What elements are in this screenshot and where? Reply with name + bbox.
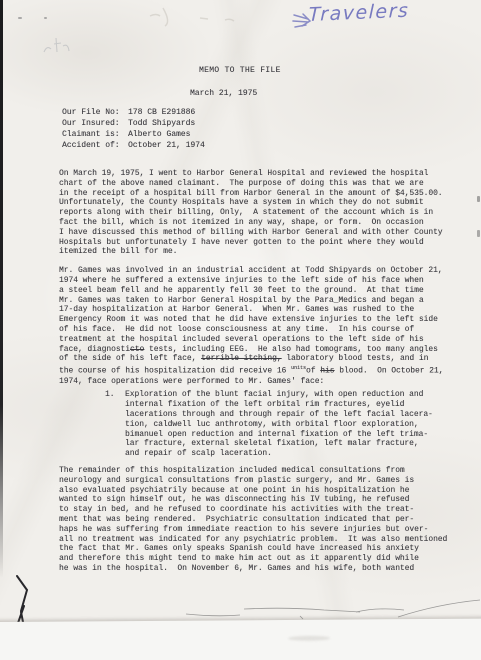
faint-crease-marks <box>150 8 234 26</box>
text-line: of the side of his left face, terrible i… <box>59 354 463 364</box>
text-segment: laboratory blood tests, and in <box>282 354 429 363</box>
numbered-item-operations: 1.Exploration of the blunt facial injury… <box>125 390 463 459</box>
text-segment: and therefore this might tend to make hi… <box>59 554 419 563</box>
scan-left-edge-artifact <box>0 0 3 578</box>
text-segment: of the side of his left face, <box>59 354 201 363</box>
file-info-value: 178 CB E291886 <box>128 108 195 117</box>
text-line: 1974, face operations were performed to … <box>59 377 463 387</box>
text-segment: ment that was being rendered. Psychiatri… <box>59 515 414 524</box>
text-segment: 1974, face operations were performed to … <box>59 377 324 386</box>
text-line: The remainder of this hospitalization in… <box>59 466 463 476</box>
text-line: the fact that Mr. Games only speaks Span… <box>59 544 463 554</box>
text-line: ment that was being rendered. Psychiatri… <box>59 515 463 525</box>
text-segment: neurology and surgical consultations fro… <box>59 476 414 485</box>
memo-title: MEMO TO THE FILE <box>199 66 281 75</box>
text-line: bimanuel open reduction and internal fix… <box>125 430 463 440</box>
text-line: the course of his hospitalization did re… <box>59 364 463 376</box>
text-line: wanted to sign himself out, he was disco… <box>59 495 463 505</box>
text-segment: blood. On October 21, <box>334 367 443 376</box>
text-segment: a steel beam fell and he apparently fell… <box>59 286 424 295</box>
paragraph-consultations: The remainder of this hospitalization in… <box>59 466 463 574</box>
text-segment: Mr. Games was taken to Harbor General Ho… <box>59 296 424 305</box>
text-segment: to stay in bed, and he refused to coordi… <box>59 505 414 514</box>
sup-text: units <box>291 365 306 371</box>
text-line: lar fracture, external skeletal fixation… <box>125 439 463 449</box>
text-segment: The remainder of this hospitalization in… <box>59 466 405 475</box>
scan-edge-mark <box>477 230 480 237</box>
text-segment: tion, caldwell luc anthrotomy, with orbi… <box>125 420 419 429</box>
file-info-label: Claimant is: <box>62 129 128 140</box>
text-line: Unfortunately, the County Hospitals have… <box>59 198 463 208</box>
strike-text: his <box>320 367 334 376</box>
handwritten-annotation: Travelers <box>308 0 409 26</box>
text-line: Mr. Games was involved in an industrial … <box>59 266 463 276</box>
strike-text: terrible itching, <box>201 354 282 363</box>
text-segment: chart of the above named claimant. The p… <box>59 179 424 188</box>
file-info: Our File No:178 CB E291886Our Insured:To… <box>62 107 205 151</box>
text-line: reports along with their billing, Only, … <box>59 208 463 218</box>
text-segment: Hospitals but unfortunately I have never… <box>59 238 424 247</box>
scan-speck <box>44 17 47 19</box>
text-segment: all no treatment was indicated for any p… <box>59 535 447 544</box>
text-segment: bimanuel open reduction and internal fix… <box>125 430 428 439</box>
text-segment: of <box>306 367 320 376</box>
list-marker: 1. <box>105 390 114 400</box>
text-line: chart of the above named claimant. The p… <box>59 179 463 189</box>
file-info-label: Our File No: <box>62 107 128 118</box>
text-segment: of his face. He did not loose consciousn… <box>59 325 414 334</box>
text-segment: and repair of scalp laceration. <box>125 449 272 458</box>
file-info-label: Accident of: <box>62 140 128 151</box>
text-segment: internal fixation of the left orbital ri… <box>125 400 404 409</box>
text-line: itemized the bill for me. <box>59 247 463 257</box>
text-line: face, diagnosticto tests, including EEG.… <box>59 345 463 355</box>
text-line: haps he was suffering from immediate rea… <box>59 525 463 535</box>
text-segment: Mr. Games was involved in an industrial … <box>59 266 443 275</box>
text-line: Emergency Room it was noted that he did … <box>59 315 463 325</box>
text-line: fact the bill, which is not itemized in … <box>59 218 463 228</box>
text-segment: lacerations through and through repair o… <box>125 410 433 419</box>
text-line: internal fixation of the left orbital ri… <box>125 400 463 410</box>
text-line: On March 19, 1975, I went to Harbor Gene… <box>59 169 463 179</box>
memo-date: March 21, 1975 <box>190 89 257 98</box>
file-info-label: Our Insured: <box>62 118 128 129</box>
text-segment: face, diagnosti <box>59 345 130 354</box>
scan-speck <box>18 17 22 19</box>
strike-text: cto <box>130 345 144 354</box>
text-line: he was in the hospital. On November 6, M… <box>59 564 463 574</box>
scratch-lines <box>186 600 480 619</box>
text-line: and repair of scalp laceration. <box>125 449 463 459</box>
text-line: in the receipt of a hospital bill from H… <box>59 189 463 199</box>
file-info-row: Our Insured:Todd Shipyards <box>62 118 205 129</box>
text-line: also evaluated psychiatrily because at o… <box>59 486 463 496</box>
faint-smudge-mark <box>44 38 69 52</box>
text-line: Mr. Games was taken to Harbor General Ho… <box>59 296 463 306</box>
file-info-value: Todd Shipyards <box>128 119 195 128</box>
text-segment: also evaluated psychiatrily because at o… <box>59 486 409 495</box>
text-line: I have discussed this method of billing … <box>59 228 463 238</box>
text-segment: Unfortunately, the County Hospitals have… <box>59 198 424 207</box>
text-segment: 1974 where he suffered a extensive injur… <box>59 276 424 285</box>
scanned-memo-page: Travelers MEMO TO THE FILE March 21, 197… <box>0 0 481 660</box>
text-segment: I have discussed this method of billing … <box>59 228 443 237</box>
scanner-bed-strip <box>0 619 481 660</box>
text-segment: wanted to sign himself out, he was disco… <box>59 495 409 504</box>
text-segment: itemized the bill for me. <box>59 247 177 256</box>
file-info-row: Our File No:178 CB E291886 <box>62 107 205 118</box>
text-segment: treatment at the hospital included sever… <box>59 335 424 344</box>
scanner-bed-smudge <box>288 636 330 641</box>
text-segment: tests, including EEG. He also had tomogr… <box>144 345 438 354</box>
text-segment: 17-day hospitalization at Harbor General… <box>59 305 414 314</box>
text-line: and therefore this might tend to make hi… <box>59 554 463 564</box>
text-line: neurology and surgical consultations fro… <box>59 476 463 486</box>
text-line: a steel beam fell and he apparently fell… <box>59 286 463 296</box>
text-line: of his face. He did not loose consciousn… <box>59 325 463 335</box>
text-line: Hospitals but unfortunately I have never… <box>59 238 463 248</box>
text-line: to stay in bed, and he refused to coordi… <box>59 505 463 515</box>
text-segment: Emergency Room it was noted that he did … <box>59 315 438 324</box>
text-line: all no treatment was indicated for any p… <box>59 535 463 545</box>
text-line: treatment at the hospital included sever… <box>59 335 463 345</box>
file-info-value: Alberto Games <box>128 130 190 139</box>
text-segment: the fact that Mr. Games only speaks Span… <box>59 544 419 553</box>
text-line: 17-day hospitalization at Harbor General… <box>59 305 463 315</box>
text-segment: the course of his hospitalization did re… <box>59 367 291 376</box>
file-info-value: October 21, 1974 <box>128 141 205 150</box>
memo-body: On March 19, 1975, I went to Harbor Gene… <box>59 169 463 574</box>
text-line: lacerations through and through repair o… <box>125 410 463 420</box>
text-segment: Exploration of the blunt facial injury, … <box>125 390 423 399</box>
scan-edge-mark <box>477 196 480 202</box>
file-info-row: Claimant is:Alberto Games <box>62 129 205 140</box>
text-segment: lar fracture, external skeletal fixation… <box>125 439 419 448</box>
text-line: 1974 where he suffered a extensive injur… <box>59 276 463 286</box>
paragraph-billing: On March 19, 1975, I went to Harbor Gene… <box>59 169 463 257</box>
text-segment: he was in the hospital. On November 6, M… <box>59 564 414 573</box>
text-segment: in the receipt of a hospital bill from H… <box>59 189 443 198</box>
file-info-row: Accident of:October 21, 1974 <box>62 140 205 151</box>
paragraph-accident-history: Mr. Games was involved in an industrial … <box>59 266 463 386</box>
text-segment: reports along with their billing, Only, … <box>59 208 433 217</box>
text-segment: haps he was suffering from immediate rea… <box>59 525 428 534</box>
text-segment: fact the bill, which is not itemized in … <box>59 218 424 227</box>
text-line: tion, caldwell luc anthrotomy, with orbi… <box>125 420 463 430</box>
text-line: Exploration of the blunt facial injury, … <box>125 390 463 400</box>
pen-mark-artifact <box>17 576 27 623</box>
text-segment: On March 19, 1975, I went to Harbor Gene… <box>59 169 428 178</box>
